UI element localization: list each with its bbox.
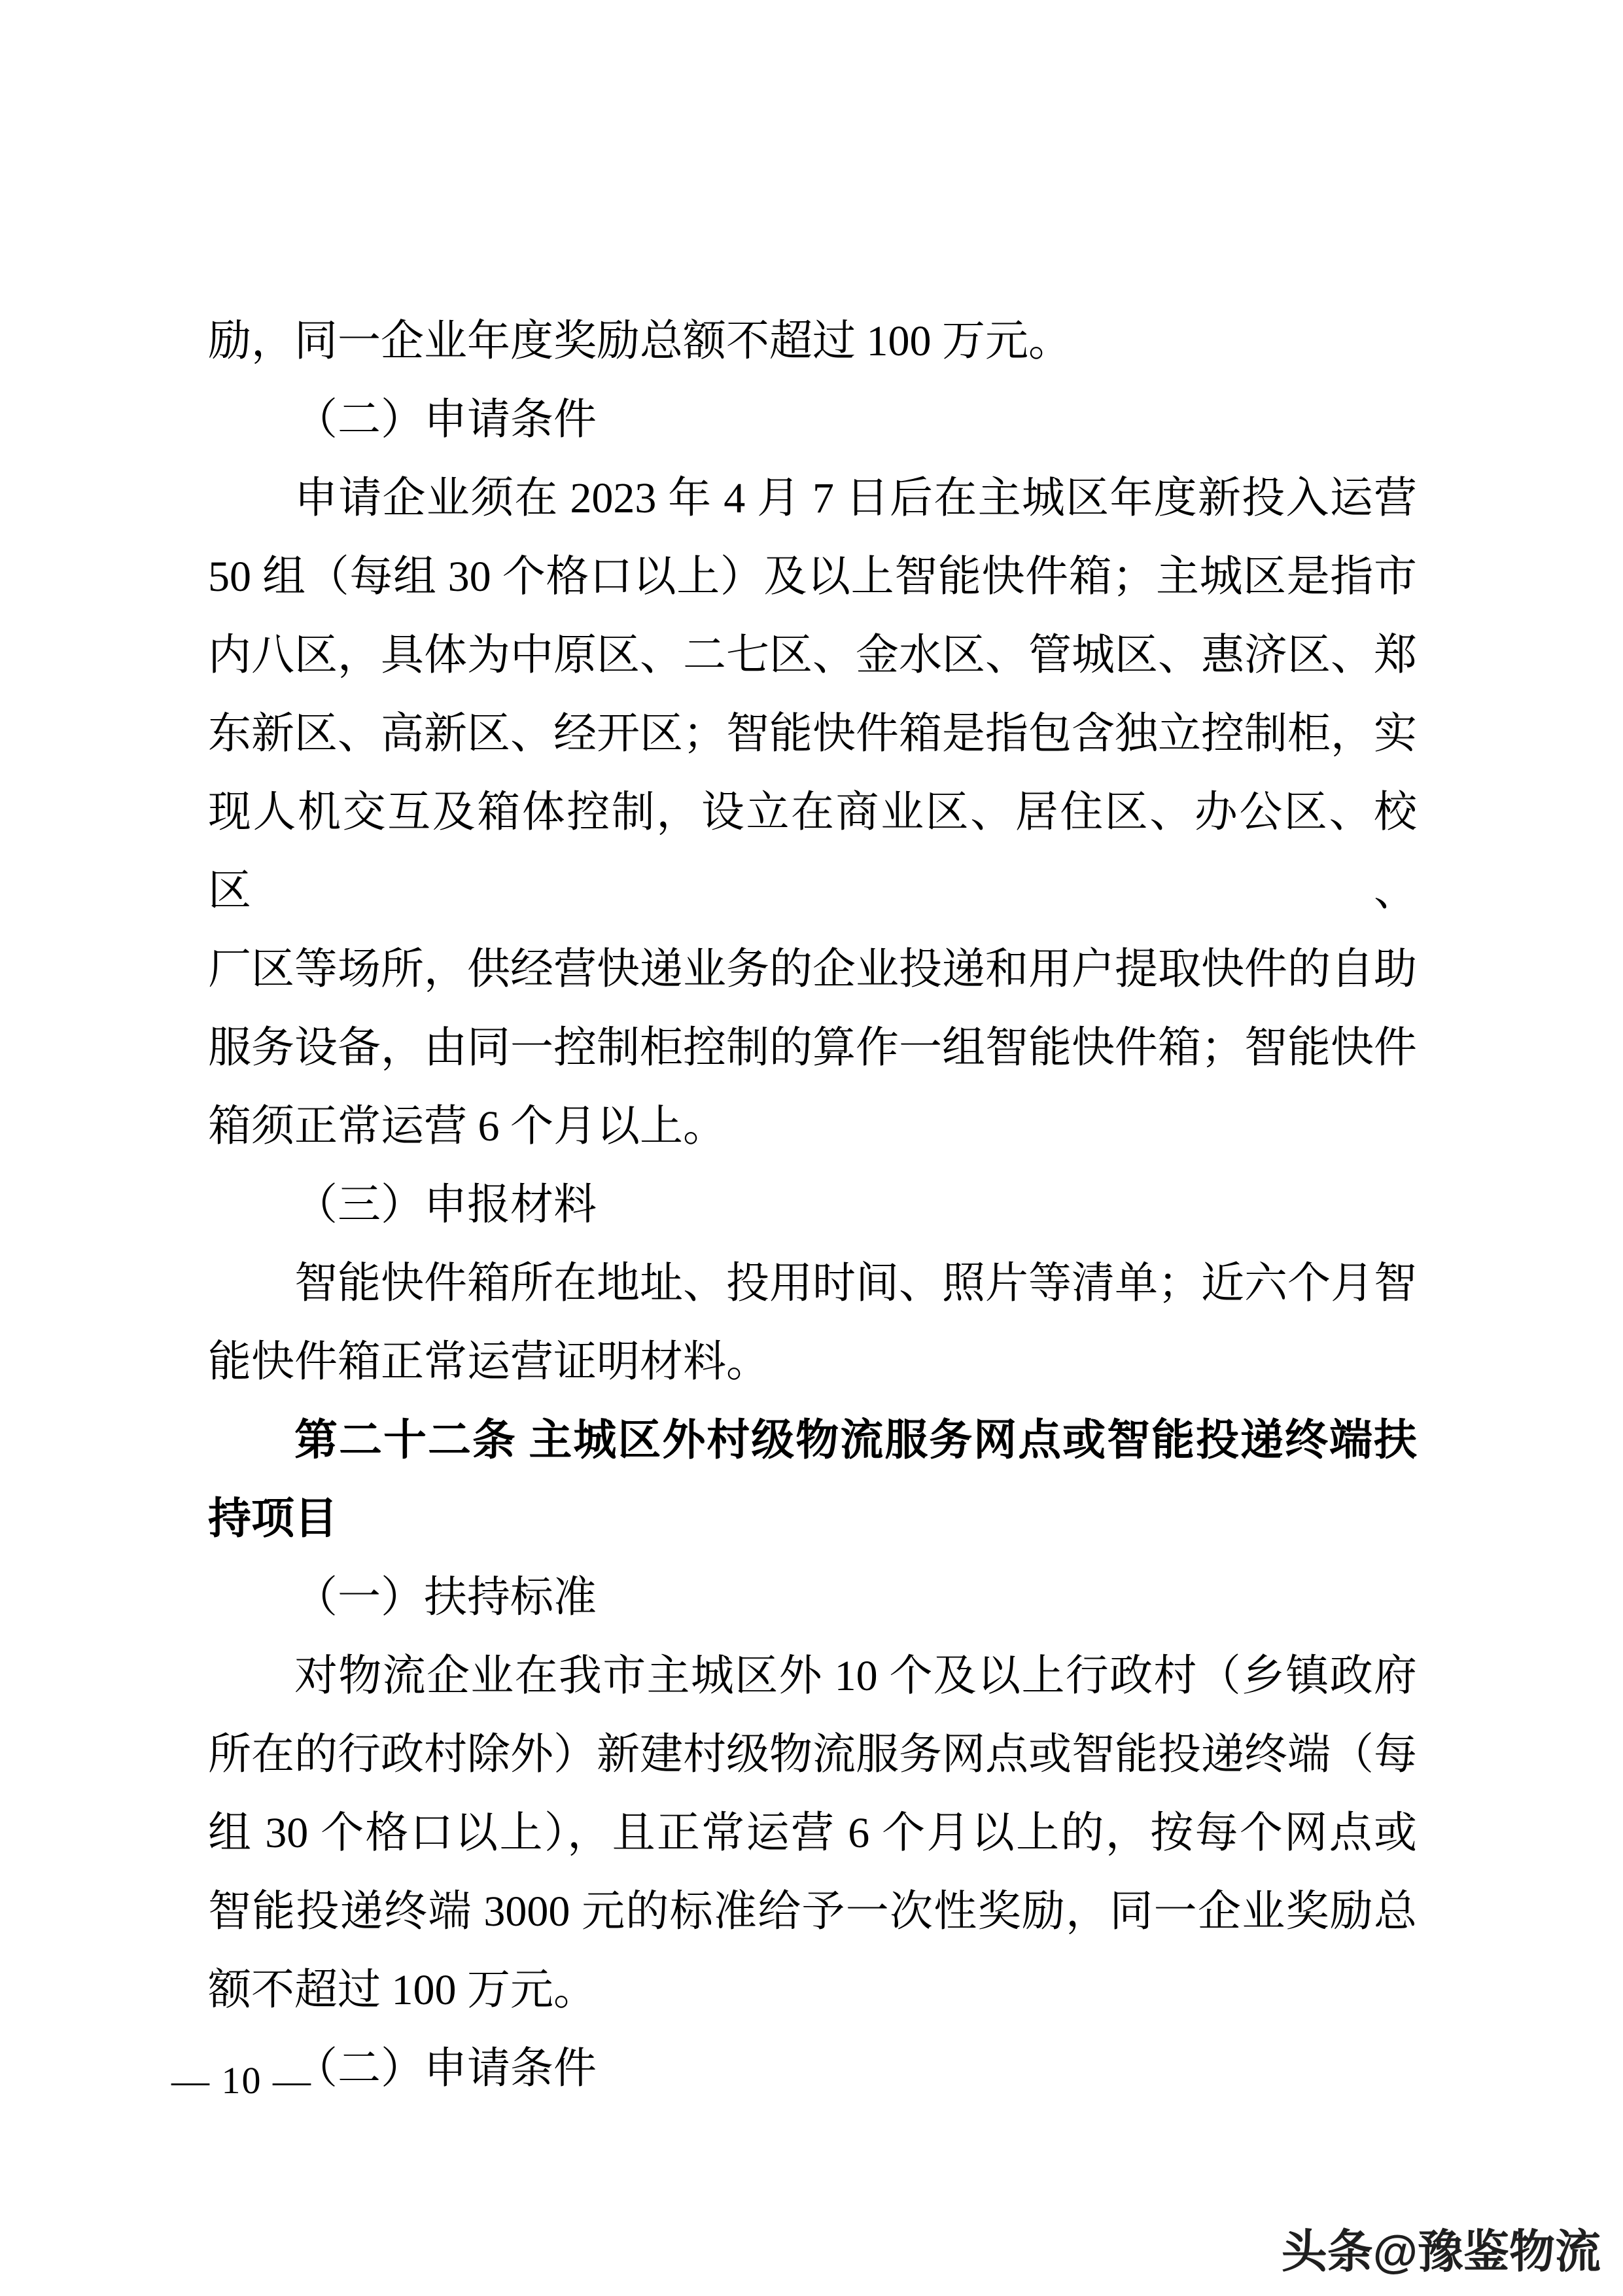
article-heading: 持项目 (208, 1480, 1417, 1559)
text-line: 额不超过 100 万元。 (208, 1951, 1417, 2030)
document-body: 励，同一企业年度奖励总额不超过 100 万元。 （二）申请条件 申请企业须在 2… (208, 302, 1417, 2108)
section-heading: （二）申请条件 (208, 381, 1417, 459)
watermark-label: 头条@豫鉴物流 (1282, 2225, 1601, 2278)
article-heading: 第二十二条 主城区外村级物流服务网点或智能投递终端扶 (208, 1402, 1417, 1480)
text-line: 能快件箱正常运营证明材料。 (208, 1323, 1417, 1402)
text-line: 内八区，具体为中原区、二七区、金水区、管城区、惠济区、郑 (208, 616, 1417, 695)
text-line: 智能快件箱所在地址、投用时间、照片等清单；近六个月智 (208, 1245, 1417, 1323)
text-line: 现人机交互及箱体控制，设立在商业区、居住区、办公区、校区、 (208, 773, 1417, 930)
text-line: 箱须正常运营 6 个月以上。 (208, 1087, 1417, 1166)
page-number: — 10 — (171, 2055, 312, 2107)
section-heading: （一）扶持标准 (208, 1559, 1417, 1637)
text-line: 50 组（每组 30 个格口以上）及以上智能快件箱；主城区是指市 (208, 538, 1417, 616)
text-line: 所在的行政村除外）新建村级物流服务网点或智能投递终端（每 (208, 1716, 1417, 1794)
text-line: 厂区等场所，供经营快递业务的企业投递和用户提取快件的自助 (208, 930, 1417, 1009)
document-page: 励，同一企业年度奖励总额不超过 100 万元。 （二）申请条件 申请企业须在 2… (0, 0, 1623, 2296)
section-heading: （三）申报材料 (208, 1166, 1417, 1245)
text-line: 对物流企业在我市主城区外 10 个及以上行政村（乡镇政府 (208, 1637, 1417, 1716)
text-line: 东新区、高新区、经开区；智能快件箱是指包含独立控制柜，实 (208, 695, 1417, 773)
text-line: 智能投递终端 3000 元的标准给予一次性奖励，同一企业奖励总 (208, 1873, 1417, 1951)
section-heading: （二）申请条件 (208, 2030, 1417, 2108)
text-line: 服务设备，由同一控制柜控制的算作一组智能快件箱；智能快件 (208, 1009, 1417, 1087)
text-line: 申请企业须在 2023 年 4 月 7 日后在主城区年度新投入运营 (208, 459, 1417, 538)
text-line: 组 30 个格口以上），且正常运营 6 个月以上的，按每个网点或 (208, 1794, 1417, 1873)
text-line: 励，同一企业年度奖励总额不超过 100 万元。 (208, 302, 1417, 381)
